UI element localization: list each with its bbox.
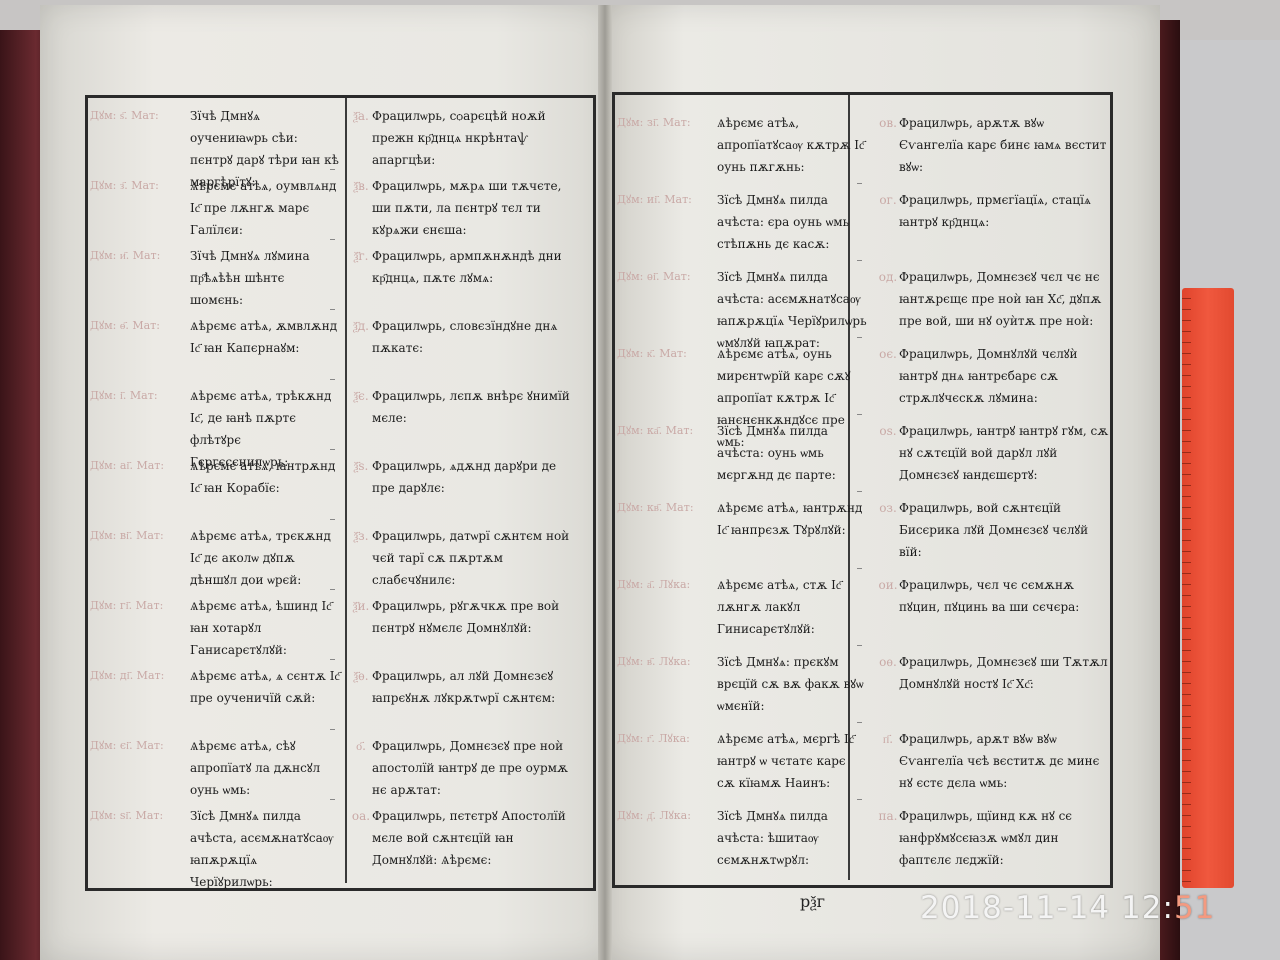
ruler-tick: [1182, 639, 1191, 640]
table-row: Дꙋм: аі҃. Мат:Ѧѣрємє атѣѧ, ꙗнтрѫнд Іс҃ ꙗ…: [90, 455, 582, 499]
ruler-tick: [1182, 881, 1191, 882]
table-row: Дꙋм: з҃. Мат:Ѧѣрємє атѣѧ, оумвлѧнд Іс҃ п…: [90, 175, 582, 241]
epistle-incipit: Фрацилѡрь, вой сѫнтєцїй Бисєрика лꙋй Дом…: [899, 497, 1109, 563]
epistle-incipit: Фрацилѡрь, рꙋгѫчкѫ пре воѝ пєнтрꙋ нꙋмєлє…: [372, 595, 582, 661]
epistle-number: од.: [877, 266, 899, 354]
ruler-tick: [1182, 584, 1191, 585]
reading-reference: Дꙋм: аі҃. Мат:: [90, 455, 190, 499]
timestamp-date: 2018-11-14: [920, 890, 1110, 926]
row-separator: [857, 337, 862, 338]
table-row: Дꙋм: ѳ҃. Мат:Ѧѣрємє атѣѧ, ѫмвлѫнд Іс҃ ꙗн…: [90, 315, 582, 359]
reading-reference: Дꙋм: д҃. Лꙋка:: [617, 805, 717, 871]
page-number: рѯг: [800, 892, 825, 912]
table-row: Дꙋм: д҃. Лꙋка:Зїсѣ Дмнꙋѧ пилда ачѣста: ѣ…: [617, 805, 1109, 871]
book-gutter: [598, 5, 612, 960]
ruler-tick: [1182, 815, 1191, 816]
gospel-incipit: Ѧѣрємє атѣѧ, ꙗнтрѫнд Іс҃ ꙗн Корабїє:: [190, 455, 350, 499]
reading-reference: Дꙋм: зі҃. Мат:: [617, 112, 717, 178]
reading-reference: Дꙋм: а҃. Лꙋка:: [617, 574, 717, 640]
gospel-incipit: Ѧѣрємє атѣѧ, ѫмвлѫнд Іс҃ ꙗн Капєрнаꙋм:: [190, 315, 350, 359]
table-row: Дꙋм: кв҃. Мат:Ѧѣрємє атѣѧ, ꙗнтрѫнд Іс҃ ꙗ…: [617, 497, 1109, 563]
reading-reference: Дꙋм: кв҃. Мат:: [617, 497, 717, 563]
gospel-incipit: Ѧѣрємє атѣѧ, сѣꙋ апропїатꙋ ла дѫнсꙋл оун…: [190, 735, 350, 801]
ruler-tick: [1182, 716, 1191, 717]
table-row: Дꙋм: г҃. Лꙋка:Ѧѣрємє атѣѧ, мєргѣ Іс҃ ꙗнт…: [617, 728, 1109, 794]
ruler-tick: [1182, 540, 1191, 541]
table-row: Дꙋм: єі҃. Мат:Ѧѣрємє атѣѧ, сѣꙋ апропїатꙋ…: [90, 735, 582, 801]
ruler-tick: [1182, 650, 1191, 651]
row-separator: [330, 659, 335, 660]
row-separator: [857, 645, 862, 646]
epistle-number: оѕ.: [877, 420, 899, 486]
row-separator: [330, 449, 335, 450]
epistle-incipit: Фрацилѡрь, ѧдѫнд дарꙋри де пре дарꙋлє:: [372, 455, 582, 499]
epistle-number: ѯ҃д.: [350, 315, 372, 359]
gospel-incipit: Зїчѣ Дмнꙋѧ лꙋмина пр҃ѣѧѣѣн шѣнтє шомєнь:: [190, 245, 350, 311]
epistle-incipit: Фрацилѡрь, щїинд кѫ нꙋ сє ꙗнфрꙋмꙋсєꙗзѫ ѡ…: [899, 805, 1109, 871]
ruler: [1182, 288, 1234, 888]
row-separator: [330, 169, 335, 170]
ruler-tick: [1182, 727, 1191, 728]
ruler-tick: [1182, 595, 1191, 596]
gospel-incipit: Ѧѣрємє атѣѧ, трєкѫнд Іс҃ дє аколѡ дꙋпѫ д…: [190, 525, 350, 591]
ruler-tick: [1182, 551, 1191, 552]
gospel-incipit: Ѧѣрємє атѣѧ, оумвлѧнд Іс҃ пре лѫнгѫ марє…: [190, 175, 350, 241]
table-row: Дꙋм: и҃. Мат:Зїчѣ Дмнꙋѧ лꙋмина пр҃ѣѧѣѣн …: [90, 245, 582, 311]
ruler-tick: [1182, 364, 1191, 365]
table-row: Дꙋм: ві҃. Мат:Ѧѣрємє атѣѧ, трєкѫнд Іс҃ д…: [90, 525, 582, 591]
reading-reference: Дꙋм: єі҃. Мат:: [90, 735, 190, 801]
epistle-number: ог.: [877, 189, 899, 255]
gospel-incipit: Ѧѣрємє атѣѧ, стѫ Іс҃ лѫнгѫ лакꙋл Гинисар…: [717, 574, 877, 640]
ruler-tick: [1182, 672, 1191, 673]
epistle-incipit: Фрацилѡрь, арѫт вꙋѡ вꙋѡ Єѵангелїа чєѣ вє…: [899, 728, 1109, 794]
row-separator: [857, 799, 862, 800]
reading-reference: Дꙋм: ві҃. Мат:: [90, 525, 190, 591]
epistle-incipit: Фрацилѡрь, пєтєтрꙋ Апостолїй мєле вой сѫ…: [372, 805, 582, 893]
ruler-tick: [1182, 738, 1191, 739]
ruler-tick: [1182, 793, 1191, 794]
ruler-tick: [1182, 386, 1191, 387]
ruler-tick: [1182, 375, 1191, 376]
ruler-tick: [1182, 529, 1191, 530]
epistle-incipit: Фрацилѡрь, словєзїндꙋне днѧ пѫкатє:: [372, 315, 582, 359]
epistle-number: ѯ҃ѳ.: [350, 665, 372, 709]
reading-reference: Дꙋм: г҃. Лꙋка:: [617, 728, 717, 794]
ruler-tick: [1182, 573, 1191, 574]
ruler-tick: [1182, 397, 1191, 398]
reading-reference: Дꙋм: ка҃. Мат:: [617, 420, 717, 486]
reading-reference: Дꙋм: гі҃. Мат:: [90, 595, 190, 661]
row-separator: [857, 260, 862, 261]
row-separator: [857, 722, 862, 723]
ruler-tick: [1182, 309, 1191, 310]
epistle-incipit: Фрацилѡрь, Домнєзєꙋ ши Тѫтѫл Домнꙋлꙋй но…: [899, 651, 1109, 717]
epistle-incipit: Фрацилѡрь, датѡрї сѫнтєм ноѝ чєй тарї сѫ…: [372, 525, 582, 591]
row-separator: [330, 799, 335, 800]
row-separator: [857, 568, 862, 569]
ruler-tick: [1182, 848, 1191, 849]
ruler-tick: [1182, 870, 1191, 871]
ruler-tick: [1182, 507, 1191, 508]
table-row: Дꙋм: ѕі҃. Мат:Зїсѣ Дмнꙋѧ пилда ачѣста, а…: [90, 805, 582, 893]
row-separator: [330, 309, 335, 310]
gospel-incipit: Ѧѣрємє атѣѧ, ꙗнтрѫнд Іс҃ ꙗнпрєзѫ Тꙋрꙋлꙋй…: [717, 497, 877, 563]
ruler-tick: [1182, 606, 1191, 607]
ruler-tick: [1182, 353, 1191, 354]
gospel-incipit: Ѧѣрємє атѣѧ, ѧ сєнтѫ Іс҃ пре оученичїй с…: [190, 665, 350, 709]
ruler-tick: [1182, 705, 1191, 706]
ruler-tick: [1182, 441, 1191, 442]
timestamp-hour: 12: [1121, 890, 1162, 926]
table-row: Дꙋм: ді҃. Мат:Ѧѣрємє атѣѧ, ѧ сєнтѫ Іс҃ п…: [90, 665, 582, 709]
gospel-incipit: Зїсѣ Дмнꙋѧ пилда ачѣста, асємѫнатꙋсаѹ ꙗп…: [190, 805, 350, 893]
row-separator: [330, 519, 335, 520]
row-separator: [857, 414, 862, 415]
epistle-incipit: Фрацилѡрь, армпѫнѫндѣ дни кр҃днцѧ, пѫтє …: [372, 245, 582, 311]
epistle-number: па.: [877, 805, 899, 871]
ruler-tick: [1182, 826, 1191, 827]
epistle-incipit: Фрацилѡрь, Домнєзєꙋ пре ноѝ апостолїй ꙗн…: [372, 735, 582, 801]
epistle-number: о҃.: [350, 735, 372, 801]
ruler-tick: [1182, 342, 1191, 343]
ruler-tick: [1182, 419, 1191, 420]
reading-reference: Дꙋм: ѳі҃. Мат:: [617, 266, 717, 354]
ruler-tick: [1182, 617, 1191, 618]
epistle-number: ов.: [877, 112, 899, 178]
epistle-incipit: Фрацилѡрь, арѫтѫ вꙋѡ Єѵангелїа карє бинє…: [899, 112, 1109, 178]
reading-reference: Дꙋм: з҃. Мат:: [90, 175, 190, 241]
epistle-incipit: Фрацилѡрь, Домнєзєꙋ чєл чє нє ꙗнтѫрєщє п…: [899, 266, 1109, 354]
ruler-tick: [1182, 298, 1191, 299]
table-row: Дꙋм: а҃. Лꙋка:Ѧѣрємє атѣѧ, стѫ Іс҃ лѫнгѫ…: [617, 574, 1109, 640]
epistle-number: ѯ҃з.: [350, 525, 372, 591]
gospel-incipit: Зїсѣ Дмнꙋѧ пилда ачѣста: єра оунь ѡмь ст…: [717, 189, 877, 255]
epistle-incipit: Фрацилѡрь, чєл чє сємѫнѫ пꙋцин, пꙋцинь в…: [899, 574, 1109, 640]
ruler-tick: [1182, 320, 1191, 321]
ruler-tick: [1182, 859, 1191, 860]
ruler-tick: [1182, 518, 1191, 519]
reading-reference: Дꙋм: ді҃. Мат:: [90, 665, 190, 709]
ruler-tick: [1182, 474, 1191, 475]
ruler-tick: [1182, 760, 1191, 761]
ruler-tick: [1182, 694, 1191, 695]
gospel-incipit: Зїсѣ Дмнꙋѧ пилда ачѣста: оунь ѡмь мєргѫн…: [717, 420, 877, 486]
gospel-incipit: Зїсѣ Дмнꙋѧ пилда ачѣста: ѣшитаѹ сємѫнѫтѡ…: [717, 805, 877, 871]
reading-reference: Дꙋм: ѳ҃. Мат:: [90, 315, 190, 359]
ruler-tick: [1182, 485, 1191, 486]
gospel-incipit: Зїсѣ Дмнꙋѧ: прєкꙋм врєцїй сѫ вѫ факѫ вꙋѡ…: [717, 651, 877, 717]
ruler-tick: [1182, 837, 1191, 838]
epistle-number: оѳ.: [877, 651, 899, 717]
table-row: Дꙋм: зі҃. Мат:Ѧѣрємє атѣѧ, апропїатꙋсаѹ …: [617, 112, 1109, 178]
gospel-incipit: Ѧѣрємє атѣѧ, ѣшинд Іс҃ ꙗн хотарꙋл Ганиса…: [190, 595, 350, 661]
row-separator: [330, 729, 335, 730]
epistle-incipit: Фрацилѡрь, мѫрѧ ши тѫчєте, ши пѫти, ла п…: [372, 175, 582, 241]
ruler-tick: [1182, 463, 1191, 464]
epistle-number: оа.: [350, 805, 372, 893]
photo-timestamp: 2018-11-14 12:51: [920, 890, 1215, 926]
ruler-tick: [1182, 749, 1191, 750]
row-separator: [330, 589, 335, 590]
reading-reference: Дꙋм: в҃. Лꙋка:: [617, 651, 717, 717]
ruler-tick: [1182, 430, 1191, 431]
ruler-tick: [1182, 628, 1191, 629]
row-separator: [857, 183, 862, 184]
table-row: Дꙋм: гі҃. Мат:Ѧѣрємє атѣѧ, ѣшинд Іс҃ ꙗн …: [90, 595, 582, 661]
ruler-tick: [1182, 331, 1191, 332]
ruler-tick: [1182, 496, 1191, 497]
gospel-incipit: Ѧѣрємє атѣѧ, апропїатꙋсаѹ кѫтрѫ Іс҃ оунь…: [717, 112, 877, 178]
row-separator: [330, 239, 335, 240]
row-separator: [330, 379, 335, 380]
epistle-incipit: Фрацилѡрь, прмєгїацїѧ, стацїѧ ꙗнтрꙋ кр҃д…: [899, 189, 1109, 255]
gospel-incipit: Зїсѣ Дмнꙋѧ пилда ачѣста: асємѫнатꙋсаѹ ꙗп…: [717, 266, 877, 354]
ruler-tick: [1182, 452, 1191, 453]
ruler-tick: [1182, 804, 1191, 805]
reading-reference: Дꙋм: ѕі҃. Мат:: [90, 805, 190, 893]
table-row: Дꙋм: ѳі҃. Мат:Зїсѣ Дмнꙋѧ пилда ачѣста: а…: [617, 266, 1109, 354]
table-row: Дꙋм: иі҃. Мат:Зїсѣ Дмнꙋѧ пилда ачѣста: є…: [617, 189, 1109, 255]
epistle-number: ѯ҃и.: [350, 595, 372, 661]
ruler-tick: [1182, 562, 1191, 563]
reading-reference: Дꙋм: и҃. Мат:: [90, 245, 190, 311]
row-separator: [857, 491, 862, 492]
ruler-tick: [1182, 408, 1191, 409]
epistle-incipit: Фрацилѡрь, ꙗнтрꙋ ꙗнтрꙋ гꙋм, сѫ нꙋ сѫтєцї…: [899, 420, 1109, 486]
reading-reference: Дꙋм: иі҃. Мат:: [617, 189, 717, 255]
timestamp-minute: 51: [1174, 890, 1215, 926]
table-row: Дꙋм: ка҃. Мат:Зїсѣ Дмнꙋѧ пилда ачѣста: о…: [617, 420, 1109, 486]
gospel-incipit: Ѧѣрємє атѣѧ, мєргѣ Іс҃ ꙗнтрꙋ ѡ чєтатє ка…: [717, 728, 877, 794]
epistle-number: ѯ҃г.: [350, 245, 372, 311]
epistle-incipit: Фрацилѡрь, ал лꙋй Домнєзєꙋ ꙗпрєꙋнѫ лꙋкрѫ…: [372, 665, 582, 709]
epistle-number: ои.: [877, 574, 899, 640]
ruler-tick: [1182, 782, 1191, 783]
epistle-number: ѯ҃ѕ.: [350, 455, 372, 499]
ruler-tick: [1182, 661, 1191, 662]
epistle-number: ѯ҃в.: [350, 175, 372, 241]
epistle-number: п҃.: [877, 728, 899, 794]
ruler-tick: [1182, 771, 1191, 772]
epistle-number: оз.: [877, 497, 899, 563]
table-row: Дꙋм: в҃. Лꙋка:Зїсѣ Дмнꙋѧ: прєкꙋм врєцїй …: [617, 651, 1109, 717]
ruler-tick: [1182, 683, 1191, 684]
